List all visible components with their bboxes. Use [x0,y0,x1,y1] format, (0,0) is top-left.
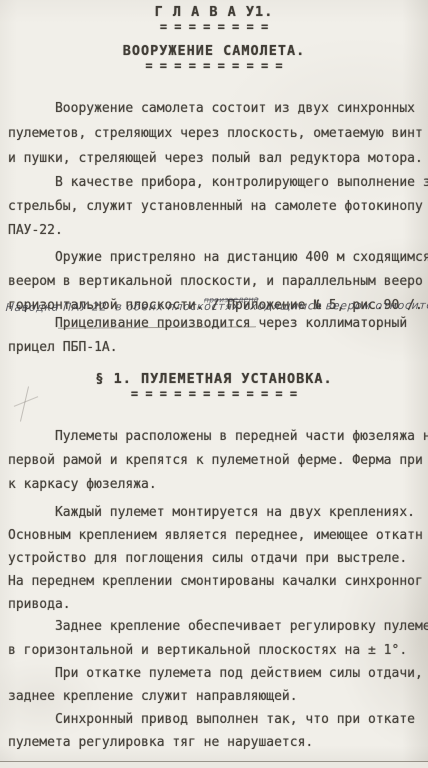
paragraph-recoil: При откатке пулемета под действием силы … [8,662,428,708]
paragraph-synchronous-drive: Синхронный привод выполнен так, что при … [8,708,428,754]
section-1-heading-text: § 1. ПУЛЕМЕТНАЯ УСТАНОВКА. [0,372,428,387]
paragraph-rear-mount-adjust: Заднее крепление обеспечивает регулировк… [8,615,428,663]
section-1-heading-underline: = = = = = = = = = = = = [0,388,428,400]
document-title-text: ВООРУЖЕНИЕ САМОЛЕТА. [0,44,428,59]
typed-line: устройство для поглощения силы отдачи пр… [8,547,428,570]
chapter-heading: Г Л А В А У1. = = = = = = = = [0,5,428,33]
typed-line: Каждый пулемет монтируется на двух крепл… [8,501,428,524]
typed-line: Синхронный привод выполнен так, что при … [8,708,428,731]
chapter-heading-underline: = = = = = = = = [0,21,428,33]
paragraph-gun-mounting: Пулеметы расположены в передней части фю… [8,425,428,497]
paragraph-two-mounts: Каждый пулемет монтируется на двух крепл… [8,501,428,616]
typed-line: Прицеливание производится через коллимат… [8,312,428,336]
page-bottom-margin [0,762,428,768]
typed-line: В качестве прибора, контролирующего выпо… [8,171,428,195]
typed-line: и пушки, стреляющей через полый вал реду… [8,146,428,171]
typed-line: пулеметов, стреляющих через плоскость, о… [8,121,428,146]
typed-line: пулемета регулировка тяг не нарушается. [8,731,428,754]
typed-line: Заднее крепление обеспечивает регулировк… [8,615,428,639]
typed-line: Пулеметы расположены в передней части фю… [8,425,428,449]
paragraph-armament-intro: Вооружение самолета состоит из двух синх… [8,96,428,171]
typed-line: При откатке пулемета под действием силы … [8,662,428,685]
paragraph-photo-gun: В качестве прибора, контролирующего выпо… [8,171,428,243]
typed-line: стрельбы, служит установленный на самоле… [8,195,428,219]
document-title-underline: = = = = = = = = = = [0,60,428,72]
typed-line: в горизонтальной и вертикальной плоскост… [8,639,428,663]
typed-line: Основным креплением является переднее, и… [8,524,428,547]
typed-line: ПАУ-22. [8,219,428,243]
typed-line: Вооружение самолета состоит из двух синх… [8,96,428,121]
typed-line: к каркасу фюзеляжа. [8,473,428,497]
paragraph-sight: Прицеливание производится через коллимат… [8,312,428,360]
typed-line: первой рамой и крепятся к пулеметной фер… [8,449,428,473]
typed-line: прицел ПБП-1А. [8,336,428,360]
document-title: ВООРУЖЕНИЕ САМОЛЕТА. = = = = = = = = = = [0,44,428,72]
typed-line: На переднем креплении смонтированы качал… [8,570,428,593]
section-1-heading: § 1. ПУЛЕМЕТНАЯ УСТАНОВКА. = = = = = = =… [0,372,428,400]
typed-line: заднее крепление служит направляющей. [8,685,428,708]
scanned-document-page: Г Л А В А У1. = = = = = = = = ВООРУЖЕНИЕ… [0,0,428,768]
typed-line: привода. [8,593,428,616]
typed-line: Оружие пристреляно на дистанцию 400 м сх… [8,246,428,270]
typed-line: веером в вертикальной плоскости, и парал… [8,270,428,294]
chapter-heading-text: Г Л А В А У1. [0,5,428,20]
